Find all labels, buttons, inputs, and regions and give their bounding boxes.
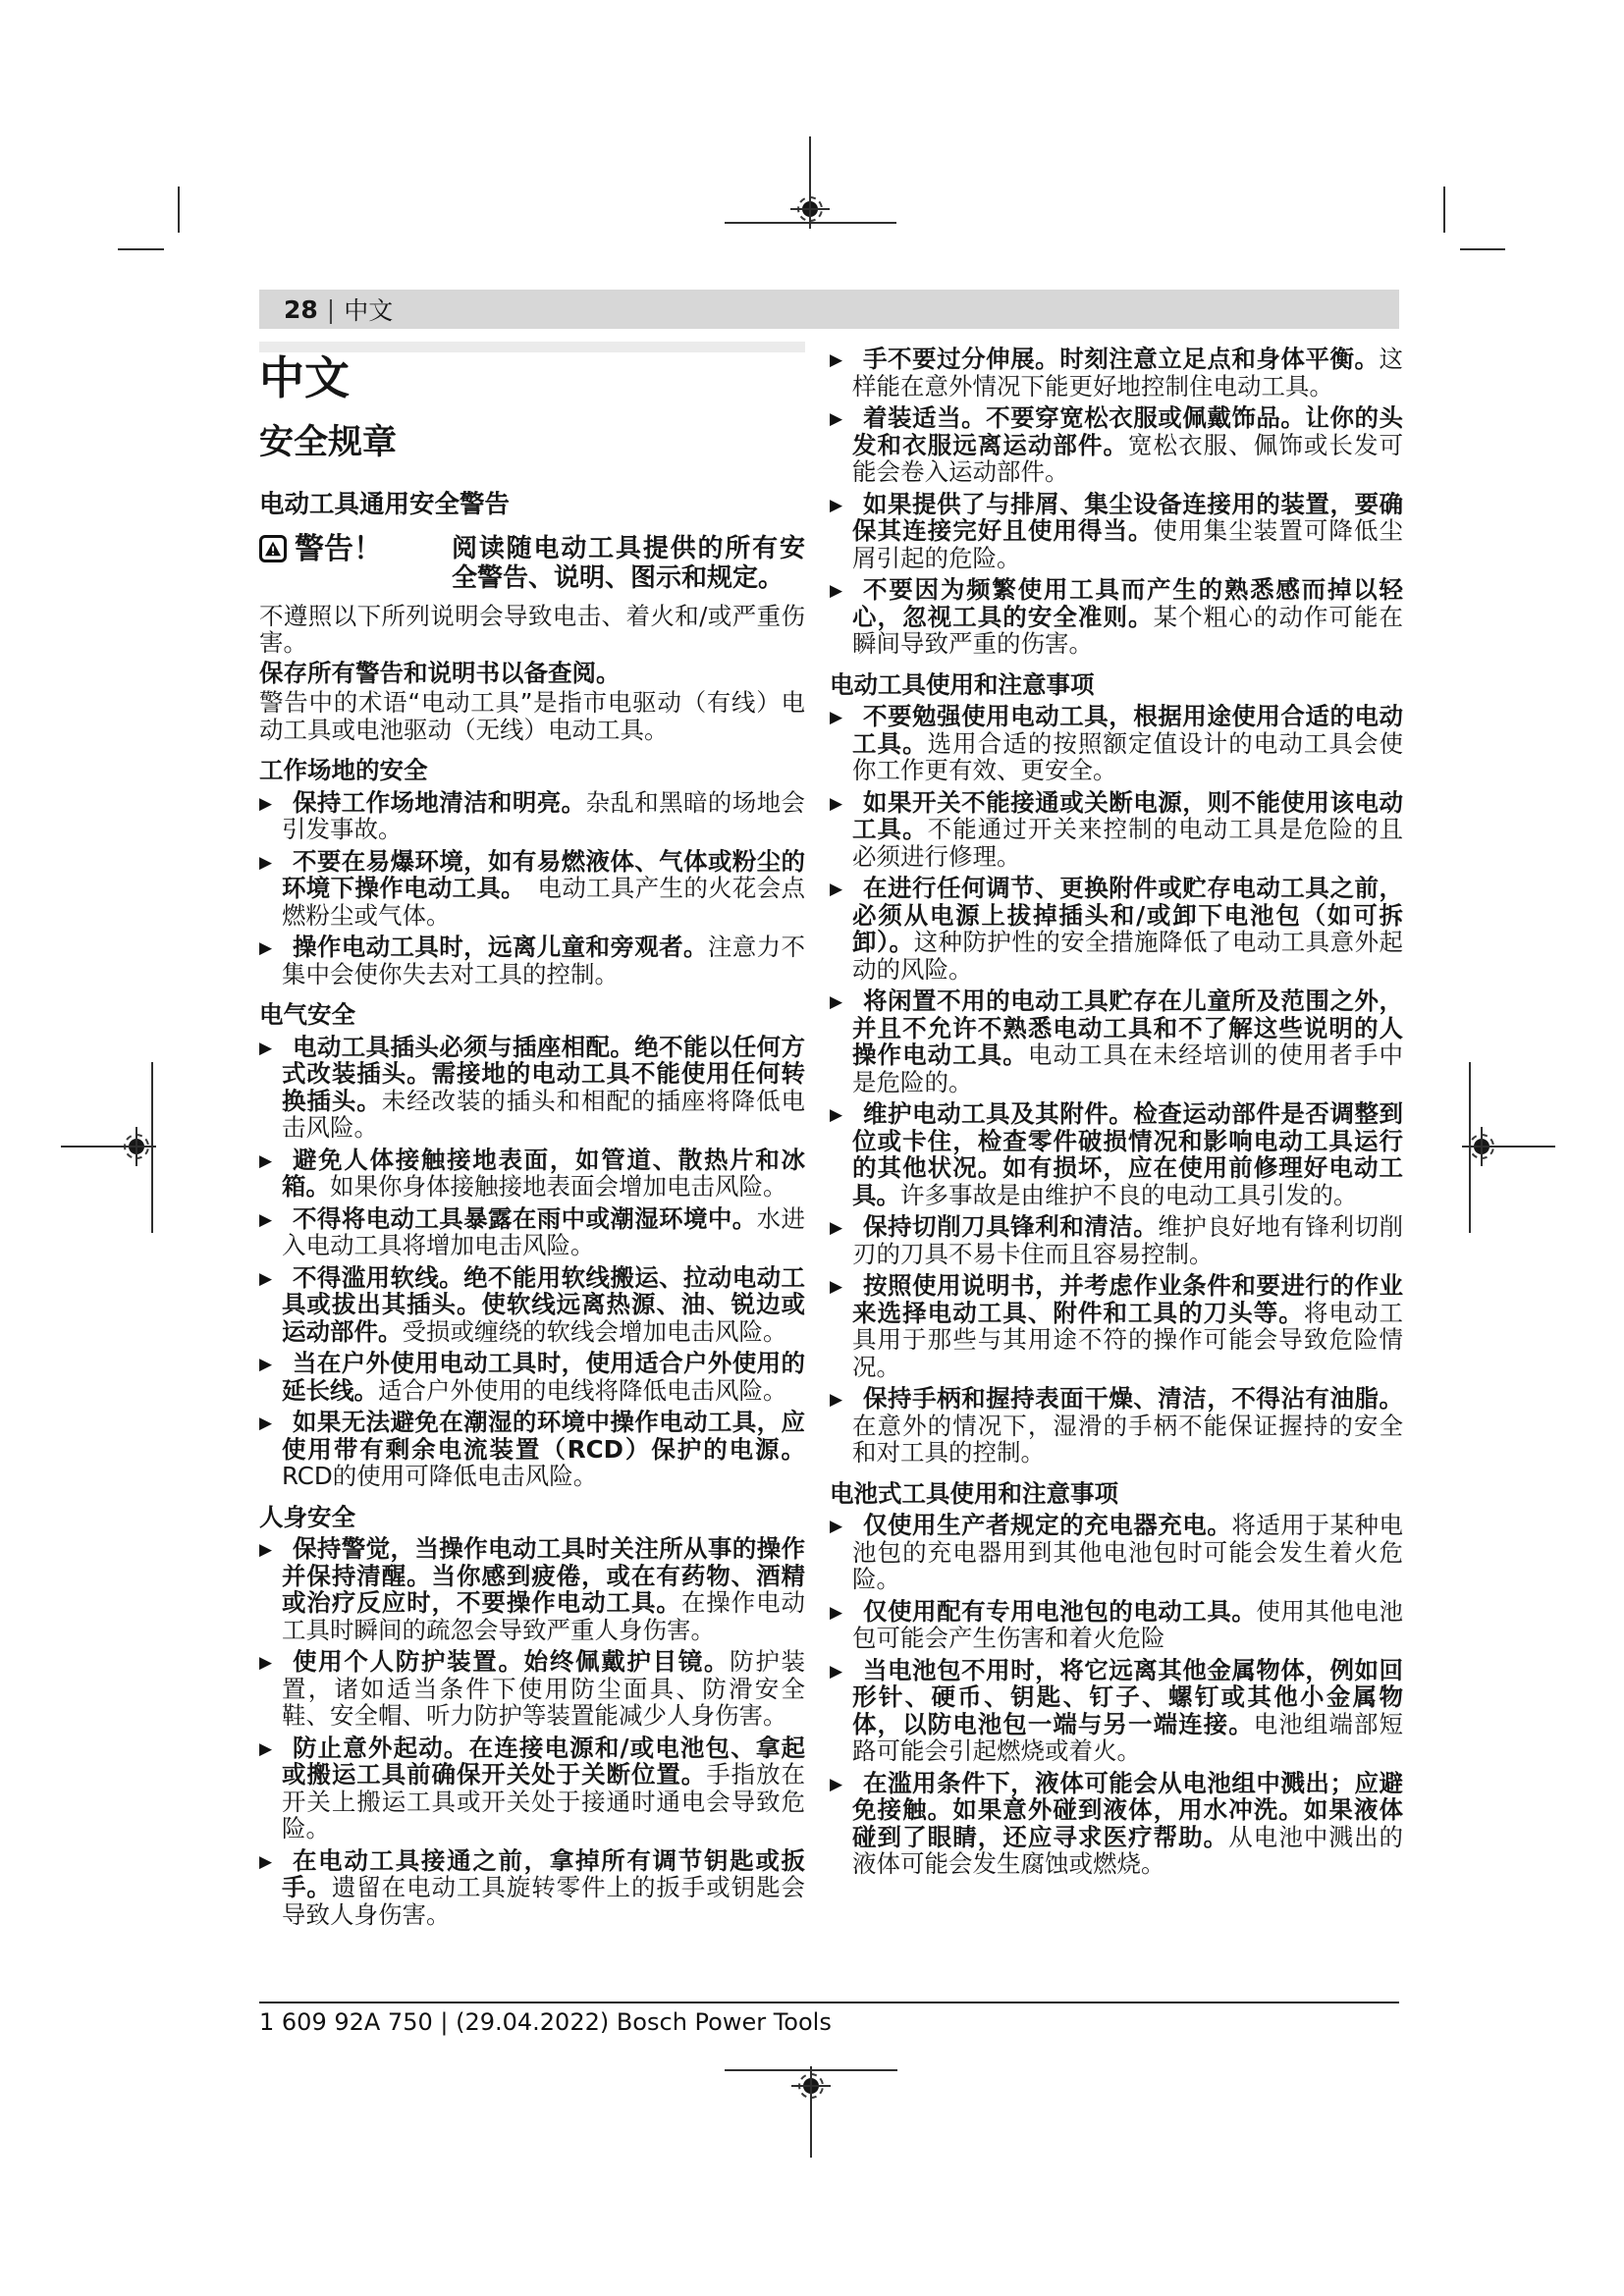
section-items: ▶仅使用生产者规定的充电器充电。将适用于某种电池包的充电器用到其他电池包时可能会…	[830, 1512, 1403, 1878]
bullet-triangle-icon: ▶	[830, 1514, 842, 1541]
bullet-tail-text: 如果你身体接触接地表面会增加电击风险。	[330, 1172, 787, 1201]
bullet-triangle-icon: ▶	[259, 1736, 272, 1764]
safety-bullet-item: ▶按照使用说明书，并考虑作业条件和要进行的作业来选择电动工具、附件和工具的刀头等…	[830, 1272, 1403, 1380]
bullet-lead-text: 操作电动工具时，远离儿童和旁观者。	[293, 933, 708, 961]
bullet-triangle-icon: ▶	[830, 1772, 842, 1799]
safety-bullet-item: ▶当在户外使用电动工具时，使用适合户外使用的延长线。适合户外使用的电线将降低电击…	[259, 1350, 805, 1404]
safety-section: 工作场地的安全 ▶保持工作场地清洁和明亮。杂乱和黑暗的场地会引发事故。▶不要在易…	[259, 757, 805, 988]
bullet-lead-text: 如果无法避免在潮湿的环境中操作电动工具，应使用带有剩余电流装置（RCD）保护的电…	[282, 1408, 805, 1464]
bullet-triangle-icon: ▶	[830, 877, 842, 904]
warning-banner-left: 警告！	[259, 534, 452, 594]
chapter-heading: 安全规章	[259, 425, 805, 461]
safety-bullet-item: ▶维护电动工具及其附件。检查运动部件是否调整到位或卡住，检查零件破损情况和影响电…	[830, 1100, 1403, 1208]
safety-bullet-item: ▶在滥用条件下，液体可能会从电池组中溅出；应避免接触。如果意外碰到液体，用水冲洗…	[830, 1770, 1403, 1878]
bullet-tail-text: RCD的使用可降低电击风险。	[282, 1462, 597, 1490]
bullet-triangle-icon: ▶	[830, 347, 842, 375]
bullet-tail-text: 选用合适的按照额定值设计的电动工具会使你工作更有效、更安全。	[852, 729, 1403, 785]
section-heading: 电气安全	[259, 1001, 805, 1029]
safety-bullet-item: ▶不要勉强使用电动工具，根据用途使用合适的电动工具。选用合适的按照额定值设计的电…	[830, 703, 1403, 784]
bullet-lead-text: 仅使用生产者规定的充电器充电。	[863, 1511, 1231, 1539]
safety-bullet-item: ▶不得将电动工具暴露在雨中或潮湿环境中。水进入电动工具将增加电击风险。	[259, 1205, 805, 1259]
bullet-triangle-icon: ▶	[259, 1266, 272, 1294]
bullet-tail-text: 这种防护性的安全措施降低了电动工具意外起动的风险。	[852, 928, 1403, 984]
safety-bullet-item: ▶如果无法避免在潮湿的环境中操作电动工具，应使用带有剩余电流装置（RCD）保护的…	[259, 1409, 805, 1490]
safety-bullet-item: ▶如果提供了与排屑、集尘设备连接用的装置，要确保其连接完好且使用得当。使用集尘装…	[830, 491, 1403, 572]
safety-section: 人身安全 ▶保持警觉，当操作电动工具时关注所从事的操作并保持清醒。当你感到疲倦，…	[259, 1504, 805, 1929]
bullet-triangle-icon: ▶	[830, 578, 842, 606]
bullet-triangle-icon: ▶	[259, 1537, 272, 1565]
page-header-bar: 28 | 中文	[259, 290, 1399, 329]
bullet-lead-text: 手不要过分伸展。时刻注意立足点和身体平衡。	[863, 345, 1380, 373]
bullet-triangle-icon: ▶	[259, 1148, 272, 1176]
bullet-triangle-icon: ▶	[830, 1387, 842, 1415]
safety-bullet-item: ▶如果开关不能接通或关断电源，则不能使用该电动工具。不能通过开关来控制的电动工具…	[830, 789, 1403, 871]
bullet-triangle-icon: ▶	[830, 1274, 842, 1302]
bullet-triangle-icon: ▶	[259, 935, 272, 963]
bullet-triangle-icon: ▶	[830, 1102, 842, 1130]
bullet-lead-text: 保持工作场地清洁和明亮。	[293, 788, 586, 817]
warning-text: 阅读随电动工具提供的所有安全警告、说明、图示和规定。	[452, 534, 805, 594]
safety-bullet-item: ▶电动工具插头必须与插座相配。绝不能以任何方式改装插头。需接地的电动工具不能使用…	[259, 1034, 805, 1142]
page-number: 28	[284, 295, 318, 324]
page-title: 中文	[259, 355, 805, 400]
right-column: ▶手不要过分伸展。时刻注意立足点和身体平衡。这样能在意外情况下能更好地控制住电动…	[830, 346, 1403, 1883]
bullet-triangle-icon: ▶	[830, 989, 842, 1017]
bullet-triangle-icon: ▶	[830, 791, 842, 819]
registration-mark-left-vline	[151, 1062, 153, 1233]
safety-bullet-item: ▶不得滥用软线。绝不能用软线搬运、拉动电动工具或拔出其插头。使软线远离热源、油、…	[259, 1264, 805, 1346]
safety-bullet-item: ▶着装适当。不要穿宽松衣服或佩戴饰品。让你的头发和衣服远离运动部件。宽松衣服、佩…	[830, 404, 1403, 486]
safety-bullet-item: ▶保持手柄和握持表面干燥、清洁，不得沾有油脂。在意外的情况下，湿滑的手柄不能保证…	[830, 1385, 1403, 1467]
section-items: ▶保持工作场地清洁和明亮。杂乱和黑暗的场地会引发事故。▶不要在易爆环境，如有易燃…	[259, 789, 805, 988]
safety-bullet-item: ▶保持工作场地清洁和明亮。杂乱和黑暗的场地会引发事故。	[259, 789, 805, 843]
bullet-tail-text: 不能通过开关来控制的电动工具是危险的且必须进行修理。	[852, 815, 1403, 871]
registration-bullseye-icon-right	[1467, 1132, 1496, 1161]
safety-bullet-item: ▶不要在易爆环境，如有易燃液体、气体或粉尘的环境下操作电动工具。 电动工具产生的…	[259, 848, 805, 930]
registration-bullseye-icon-left	[122, 1132, 151, 1161]
safety-section: 电池式工具使用和注意事项 ▶仅使用生产者规定的充电器充电。将适用于某种电池包的充…	[830, 1480, 1403, 1878]
bullet-tail-text: 遗留在电动工具旋转零件上的扳手或钥匙会导致人身伤害。	[282, 1873, 805, 1929]
right-safety-sections: ▶手不要过分伸展。时刻注意立足点和身体平衡。这样能在意外情况下能更好地控制住电动…	[830, 346, 1403, 1878]
section-items: ▶电动工具插头必须与插座相配。绝不能以任何方式改装插头。需接地的电动工具不能使用…	[259, 1034, 805, 1490]
safety-section: 电动工具使用和注意事项 ▶不要勉强使用电动工具，根据用途使用合适的电动工具。选用…	[830, 671, 1403, 1467]
bullet-lead-text: 仅使用配有专用电池包的电动工具。	[863, 1597, 1256, 1626]
safety-bullet-item: ▶仅使用生产者规定的充电器充电。将适用于某种电池包的充电器用到其他电池包时可能会…	[830, 1512, 1403, 1593]
safety-bullet-item: ▶在电动工具接通之前，拿掉所有调节钥匙或扳手。遗留在电动工具旋转零件上的扳手或钥…	[259, 1847, 805, 1929]
header-language-label: 中文	[344, 292, 393, 327]
safety-bullet-item: ▶在进行任何调节、更换附件或贮存电动工具之前，必须从电源上拔掉插头和/或卸下电池…	[830, 875, 1403, 983]
safety-bullet-item: ▶保持切削刀具锋利和清洁。维护良好地有锋利切削刃的刀具不易卡住而且容易控制。	[830, 1213, 1403, 1267]
section-heading: 工作场地的安全	[259, 757, 805, 784]
bullet-tail-text: 许多事故是由维护不良的电动工具引发的。	[900, 1181, 1358, 1209]
safety-bullet-item: ▶保持警觉，当操作电动工具时关注所从事的操作并保持清醒。当你感到疲倦，或在有药物…	[259, 1535, 805, 1643]
trim-mark-top-right-horizontal	[1460, 248, 1505, 250]
bullet-triangle-icon: ▶	[830, 705, 842, 732]
bullet-lead-text: 不得将电动工具暴露在雨中或潮湿环境中。	[293, 1204, 757, 1233]
footer-rule	[259, 2002, 1399, 2003]
bullet-tail-text: 在意外的情况下，湿滑的手柄不能保证握持的安全和对工具的控制。	[852, 1412, 1403, 1468]
warning-label: 警告！	[295, 534, 383, 565]
bullet-tail-text: 适合户外使用的电线将降低电击风险。	[378, 1376, 787, 1405]
left-safety-sections: 工作场地的安全 ▶保持工作场地清洁和明亮。杂乱和黑暗的场地会引发事故。▶不要在易…	[259, 757, 805, 1928]
section-heading: 电动工具使用和注意事项	[830, 671, 1403, 699]
section-heading: 电池式工具使用和注意事项	[830, 1480, 1403, 1508]
safety-bullet-item: ▶防止意外起动。在连接电源和/或电池包、拿起或搬运工具前确保开关处于关断位置。手…	[259, 1735, 805, 1842]
bullet-triangle-icon: ▶	[259, 1650, 272, 1678]
trim-mark-top-right-vertical	[1443, 187, 1445, 233]
safety-section: ▶手不要过分伸展。时刻注意立足点和身体平衡。这样能在意外情况下能更好地控制住电动…	[830, 346, 1403, 658]
bullet-triangle-icon: ▶	[830, 1659, 842, 1686]
bullet-triangle-icon: ▶	[259, 1207, 272, 1235]
section-items: ▶保持警觉，当操作电动工具时关注所从事的操作并保持清醒。当你感到疲倦，或在有药物…	[259, 1535, 805, 1928]
left-column: 中文 安全规章 电动工具通用安全警告 警告！ 阅读随电动工具提供的所有安全警告、…	[259, 355, 805, 1933]
safety-bullet-item: ▶当电池包不用时，将它远离其他金属物体，例如回形针、硬币、钥匙、钉子、螺钉或其他…	[830, 1657, 1403, 1765]
intro-paragraph: 不遵照以下所列说明会导致电击、着火和/或严重伤害。	[259, 603, 805, 657]
safety-bullet-item: ▶使用个人防护装置。始终佩戴护目镜。防护装置，诸如适当条件下使用防尘面具、防滑安…	[259, 1648, 805, 1730]
safety-bullet-item: ▶将闲置不用的电动工具贮存在儿童所及范围之外，并且不允许不熟悉电动工具和不了解这…	[830, 988, 1403, 1095]
safety-bullet-item: ▶避免人体接触接地表面，如管道、散热片和冰箱。如果你身体接触接地表面会增加电击风…	[259, 1147, 805, 1201]
warning-triangle-icon	[259, 535, 287, 562]
safety-bullet-item: ▶仅使用配有专用电池包的电动工具。使用其他电池包可能会产生伤害和着火危险	[830, 1598, 1403, 1652]
manual-page: 28 | 中文 中文 安全规章 电动工具通用安全警告 警告！ 阅读随电动工具提供…	[0, 0, 1624, 2296]
safety-bullet-item: ▶操作电动工具时，远离儿童和旁观者。注意力不集中会使你失去对工具的控制。	[259, 934, 805, 988]
section-items: ▶不要勉强使用电动工具，根据用途使用合适的电动工具。选用合适的按照额定值设计的电…	[830, 703, 1403, 1467]
safety-bullet-item: ▶不要因为频繁使用工具而产生的熟悉感而掉以轻心，忽视工具的安全准则。某个粗心的动…	[830, 576, 1403, 658]
bullet-triangle-icon: ▶	[259, 1036, 272, 1063]
bullet-tail-text: 受损或缠绕的软线会增加电击风险。	[403, 1317, 787, 1346]
bullet-triangle-icon: ▶	[830, 1215, 842, 1243]
registration-bullseye-icon-bottom	[796, 2071, 826, 2101]
bullet-lead-text: 保持切削刀具锋利和清洁。	[863, 1212, 1158, 1241]
intro-paragraph: 警告中的术语“电动工具”是指市电驱动（有线）电动工具或电池驱动（无线）电动工具。	[259, 689, 805, 743]
bullet-triangle-icon: ▶	[830, 493, 842, 520]
intro-paragraphs: 不遵照以下所列说明会导致电击、着火和/或严重伤害。保存所有警告和说明书以备查阅。…	[259, 603, 805, 744]
registration-bullseye-icon-top	[795, 194, 825, 224]
intro-paragraph: 保存所有警告和说明书以备查阅。	[259, 660, 805, 687]
trim-mark-top-left-vertical	[178, 187, 180, 233]
general-warning-heading: 电动工具通用安全警告	[259, 491, 805, 518]
bullet-triangle-icon: ▶	[259, 1352, 272, 1379]
bullet-triangle-icon: ▶	[830, 406, 842, 434]
bullet-triangle-icon: ▶	[830, 1600, 842, 1628]
bullet-lead-text: 保持手柄和握持表面干燥、清洁，不得沾有油脂。	[863, 1384, 1403, 1413]
bullet-triangle-icon: ▶	[259, 1411, 272, 1438]
header-divider: |	[327, 295, 335, 324]
section-heading: 人身安全	[259, 1504, 805, 1531]
bullet-triangle-icon: ▶	[259, 791, 272, 819]
bullet-triangle-icon: ▶	[259, 1849, 272, 1877]
safety-section: 电气安全 ▶电动工具插头必须与插座相配。绝不能以任何方式改装插头。需接地的电动工…	[259, 1001, 805, 1490]
bullet-triangle-icon: ▶	[259, 850, 272, 878]
section-items: ▶手不要过分伸展。时刻注意立足点和身体平衡。这样能在意外情况下能更好地控制住电动…	[830, 346, 1403, 658]
footer-imprint: 1 609 92A 750 | (29.04.2022) Bosch Power…	[259, 2008, 832, 2036]
warning-banner: 警告！ 阅读随电动工具提供的所有安全警告、说明、图示和规定。	[259, 534, 805, 594]
trim-mark-top-left-horizontal	[118, 248, 164, 250]
bullet-lead-text: 使用个人防护装置。始终佩戴护目镜。	[293, 1647, 730, 1676]
safety-bullet-item: ▶手不要过分伸展。时刻注意立足点和身体平衡。这样能在意外情况下能更好地控制住电动…	[830, 346, 1403, 400]
